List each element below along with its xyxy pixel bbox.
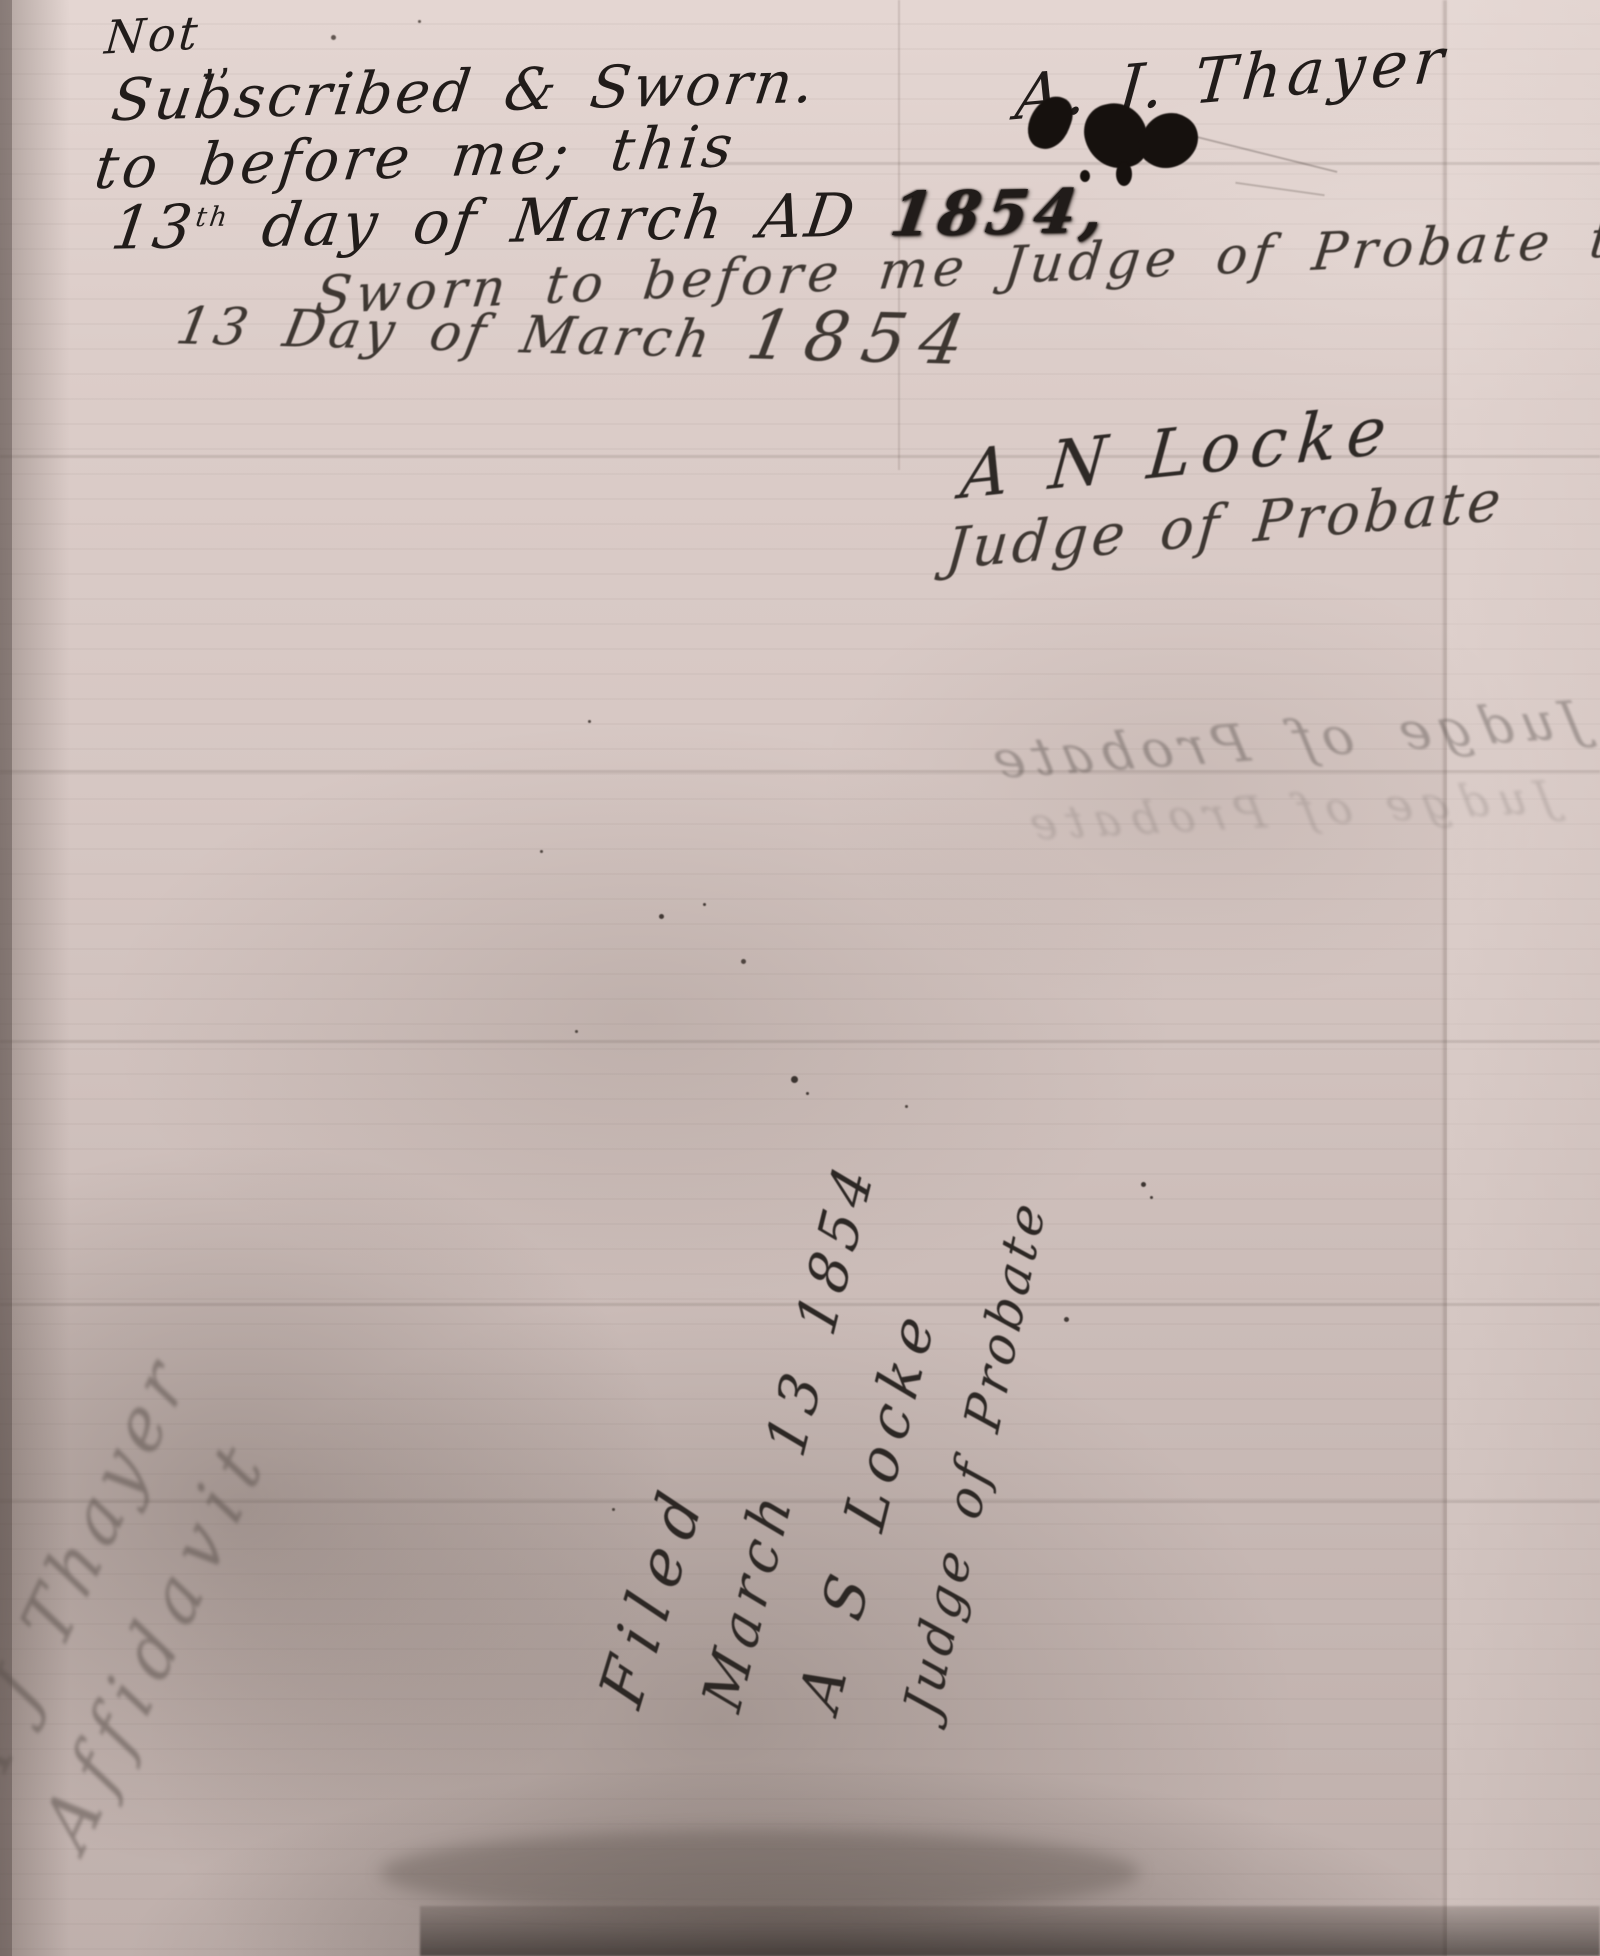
jurat-day: 13 [107, 192, 199, 264]
right-page-column [1447, 0, 1600, 1956]
ink-blot [1116, 162, 1132, 186]
fold-line [0, 770, 1600, 773]
jurat-day-suffix: th [194, 202, 233, 234]
scanned-document-page: Not ,, Subscribed & Sworn. to before me;… [0, 0, 1600, 1956]
witness-signature: A. J. Thayer [1013, 29, 1452, 130]
probate-year: 1854 [741, 297, 985, 382]
ink-blot [1080, 170, 1090, 182]
docket-title: Judge of Probate [897, 1193, 1054, 1722]
probate-date: 13 Day of March [172, 297, 719, 371]
bottom-shadow-band [420, 1906, 1600, 1956]
bottom-smudge [380, 1830, 1140, 1915]
ink-specks [0, 0, 3, 3]
scratch-mark [1235, 182, 1324, 197]
fold-line [0, 1040, 1600, 1043]
probate-jurat-line-2: 13 Day of March1854 [172, 288, 983, 377]
note-word: Not [103, 9, 202, 60]
